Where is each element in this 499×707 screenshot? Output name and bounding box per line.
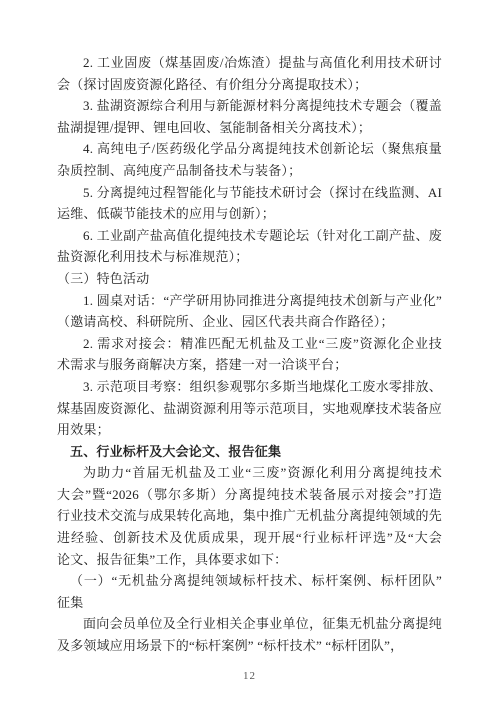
text-line: 为助力“首届无机盐及工业“三废”资源化利用分离提纯技术 bbox=[57, 462, 442, 484]
text-line: 论文、报告征集”工作，具体要求如下： bbox=[57, 549, 442, 571]
section-heading: 五、行业标杆及大会论文、报告征集 bbox=[57, 441, 442, 463]
text-line: 进经验、创新技术及优质成果，现开展“行业标杆评选”及“大会 bbox=[57, 527, 442, 549]
text-line: 1. 圆桌对话：“产学研用协同推进分离提纯技术创新与产业化” bbox=[57, 290, 442, 312]
text-line: 会（探讨固废资源化路径、有价组分分离提取技术）； bbox=[57, 74, 442, 96]
text-line: 盐资源化利用技术与标准规范）； bbox=[57, 246, 442, 268]
text-line: 盐湖提锂/提钾、锂电回收、氢能制备相关分离技术）； bbox=[57, 117, 442, 139]
text-line: 面向会员单位及全行业相关企事业单位，征集无机盐分离提纯 bbox=[57, 613, 442, 635]
text-line: 用效果； bbox=[57, 419, 442, 441]
text-line: 大会”暨“2026（鄂尔多斯）分离提纯技术装备展示对接会”打造 bbox=[57, 484, 442, 506]
document-page: 2. 工业固废（煤基固废/冶炼渣）提盐与高值化利用技术研讨会（探讨固废资源化路径… bbox=[0, 0, 499, 707]
document-body: 2. 工业固废（煤基固废/冶炼渣）提盐与高值化利用技术研讨会（探讨固废资源化路径… bbox=[57, 52, 442, 657]
text-line: 及多领域应用场景下的“标杆案例” “标杆技术” “标杆团队”， bbox=[57, 635, 442, 657]
text-line: 4. 高纯电子/医药级化学品分离提纯技术创新论坛（聚焦痕量 bbox=[57, 138, 442, 160]
text-line: 6. 工业副产盐高值化提纯技术专题论坛（针对化工副产盐、废 bbox=[57, 225, 442, 247]
text-line: 2. 需求对接会：精准匹配无机盐及工业“三废”资源化企业技 bbox=[57, 333, 442, 355]
text-line: （邀请高校、科研院所、企业、园区代表共商合作路径）； bbox=[57, 311, 442, 333]
text-line: 术需求与服务商解决方案，搭建一对一洽谈平台； bbox=[57, 354, 442, 376]
page-number: 12 bbox=[0, 670, 499, 682]
text-line: 行业技术交流与成果转化高地，集中推广无机盐分离提纯领域的先 bbox=[57, 505, 442, 527]
text-line: 征集 bbox=[57, 592, 442, 614]
text-line: 煤基固废资源化、盐湖资源利用等示范项目，实地观摩技术装备应 bbox=[57, 398, 442, 420]
text-line: 运维、低碳节能技术的应用与创新）； bbox=[57, 203, 442, 225]
text-line: 杂质控制、高纯度产品制备技术与装备）； bbox=[57, 160, 442, 182]
text-line: （一）“无机盐分离提纯领域标杆技术、标杆案例、标杆团队” bbox=[57, 570, 442, 592]
text-line: 2. 工业固废（煤基固废/冶炼渣）提盐与高值化利用技术研讨 bbox=[57, 52, 442, 74]
text-line: 3. 示范项目考察：组织参观鄂尔多斯当地煤化工废水零排放、 bbox=[57, 376, 442, 398]
text-line: 5. 分离提纯过程智能化与节能技术研讨会（探讨在线监测、AI bbox=[57, 182, 442, 204]
text-line: 3. 盐湖资源综合利用与新能源材料分离提纯技术专题会（覆盖 bbox=[57, 95, 442, 117]
text-line: （三）特色活动 bbox=[57, 268, 442, 290]
